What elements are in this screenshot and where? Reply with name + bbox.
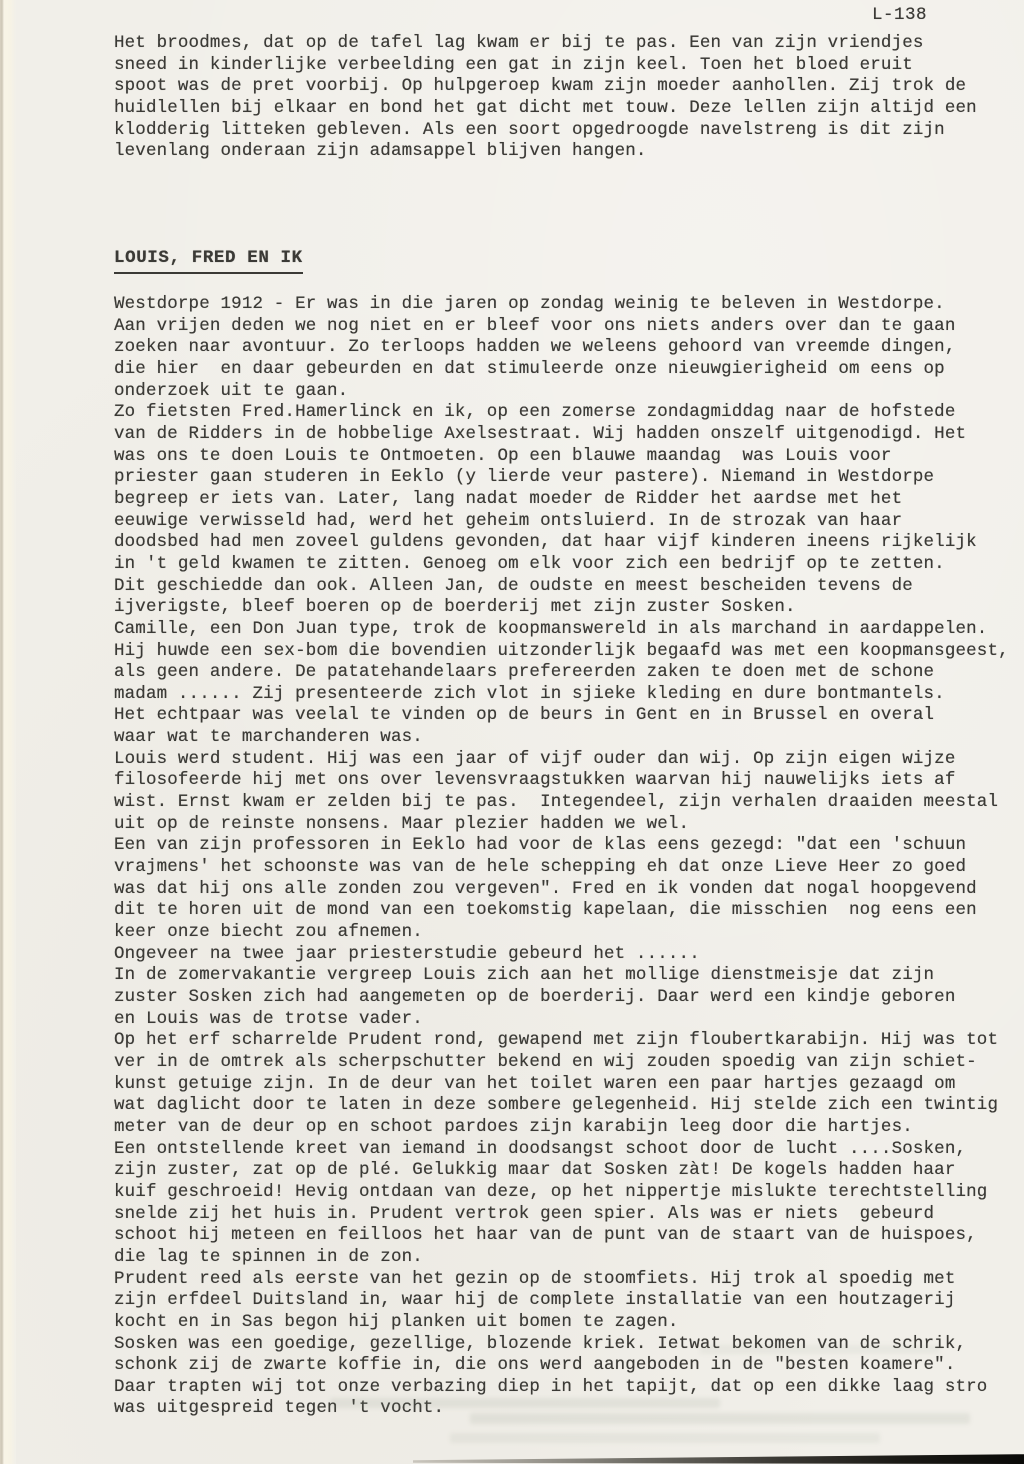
scan-left-edge bbox=[0, 0, 16, 1464]
bleed-through-smudge bbox=[470, 1413, 970, 1424]
section-body-text: Westdorpe 1912 - Er was in die jaren op … bbox=[114, 294, 1009, 1420]
intro-paragraph: Het broodmes, dat op de tafel lag kwam e… bbox=[114, 33, 977, 163]
bleed-through-smudge bbox=[700, 1345, 940, 1354]
bleed-through-smudge bbox=[450, 1433, 880, 1443]
bleed-through-smudge bbox=[330, 1398, 720, 1408]
page-number: L-138 bbox=[872, 5, 927, 25]
section-heading: LOUIS, FRED EN IK bbox=[114, 248, 303, 274]
